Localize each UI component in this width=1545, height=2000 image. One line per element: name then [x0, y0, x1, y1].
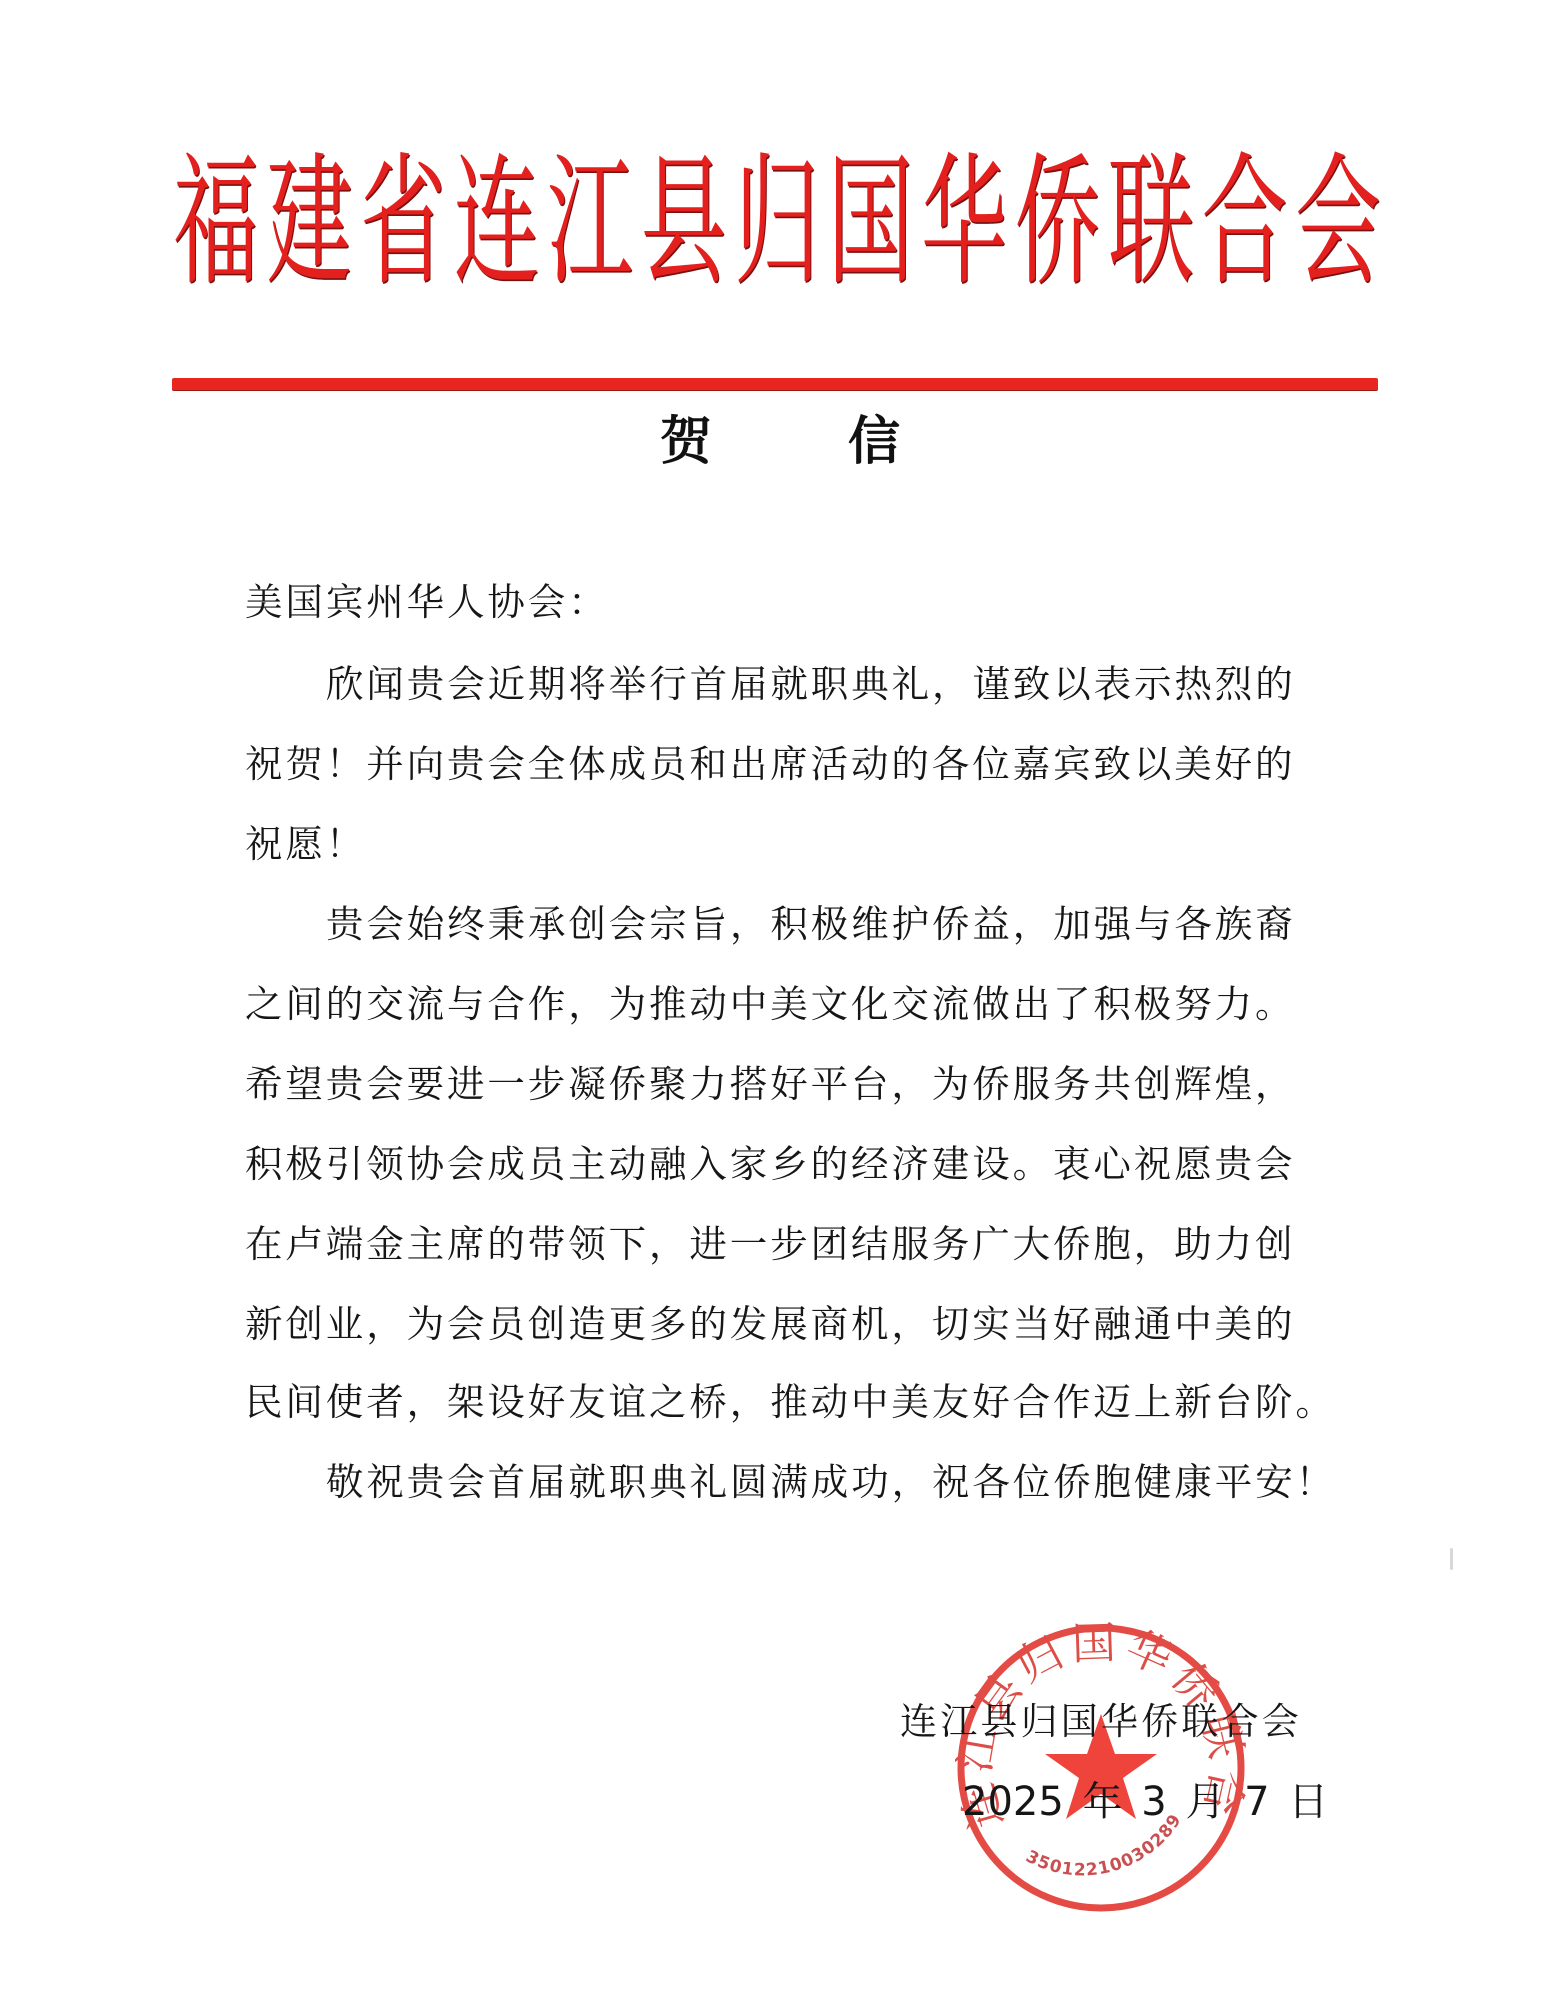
- heading-char: 信: [848, 410, 900, 474]
- letterhead-char: 县: [640, 152, 728, 294]
- letterhead-char: 国: [827, 152, 915, 294]
- letterhead-char: 合: [1201, 152, 1289, 294]
- official-seal: 连江县归国华侨联合会 35012210030289: [955, 1622, 1247, 1914]
- letterhead-char: 会: [1294, 152, 1382, 294]
- letterhead-char: 归: [733, 152, 821, 294]
- letter-page: 福 建 省 连 江 县 归 国 华 侨 联 合 会 贺 信 美国宾州华人协会： …: [0, 0, 1545, 2000]
- body-line: 在卢端金主席的带领下，进一步团结服务广大侨胞，助力创: [245, 1222, 1295, 1266]
- letterhead-char: 华: [920, 152, 1008, 294]
- closing-line: 敬祝贵会首届就职典礼圆满成功，祝各位侨胞健康平安！: [326, 1460, 1336, 1504]
- signature-date: 2025 年 3 月 7 日: [962, 1780, 1328, 1824]
- heading-char: 贺: [660, 410, 712, 474]
- letterhead-title: 福 建 省 连 江 县 归 国 华 侨 联 合 会: [172, 138, 1382, 308]
- letterhead-char: 建: [266, 152, 354, 294]
- signature-organization: 连江县归国华侨联合会: [900, 1700, 1302, 1744]
- body-line: 积极引领协会成员主动融入家乡的经济建设。衷心祝愿贵会: [245, 1142, 1295, 1186]
- letterhead-char: 福: [172, 152, 260, 294]
- letterhead-char: 江: [546, 152, 634, 294]
- body-line: 希望贵会要进一步凝侨聚力搭好平台，为侨服务共创辉煌，: [245, 1062, 1295, 1106]
- letterhead-char: 省: [359, 152, 447, 294]
- letter-heading: 贺 信: [660, 410, 900, 474]
- letterhead-char: 联: [1107, 152, 1195, 294]
- letterhead-divider: [172, 378, 1378, 390]
- body-line: 民间使者，架设好友谊之桥，推动中美友好合作迈上新台阶。: [245, 1380, 1336, 1424]
- salutation: 美国宾州华人协会：: [245, 580, 609, 624]
- body-line: 贵会始终秉承创会宗旨，积极维护侨益，加强与各族裔: [326, 902, 1296, 946]
- scan-artifact: [1450, 1548, 1453, 1570]
- letterhead-char: 连: [453, 152, 541, 294]
- letterhead-char: 侨: [1014, 152, 1102, 294]
- body-line: 之间的交流与合作，为推动中美文化交流做出了积极努力。: [245, 982, 1295, 1026]
- body-line: 新创业，为会员创造更多的发展商机，切实当好融通中美的: [245, 1302, 1295, 1346]
- body-line: 欣闻贵会近期将举行首届就职典礼，谨致以表示热烈的: [326, 662, 1296, 706]
- body-line: 祝贺！并向贵会全体成员和出席活动的各位嘉宾致以美好的: [245, 742, 1295, 786]
- body-line: 祝愿！: [245, 822, 366, 866]
